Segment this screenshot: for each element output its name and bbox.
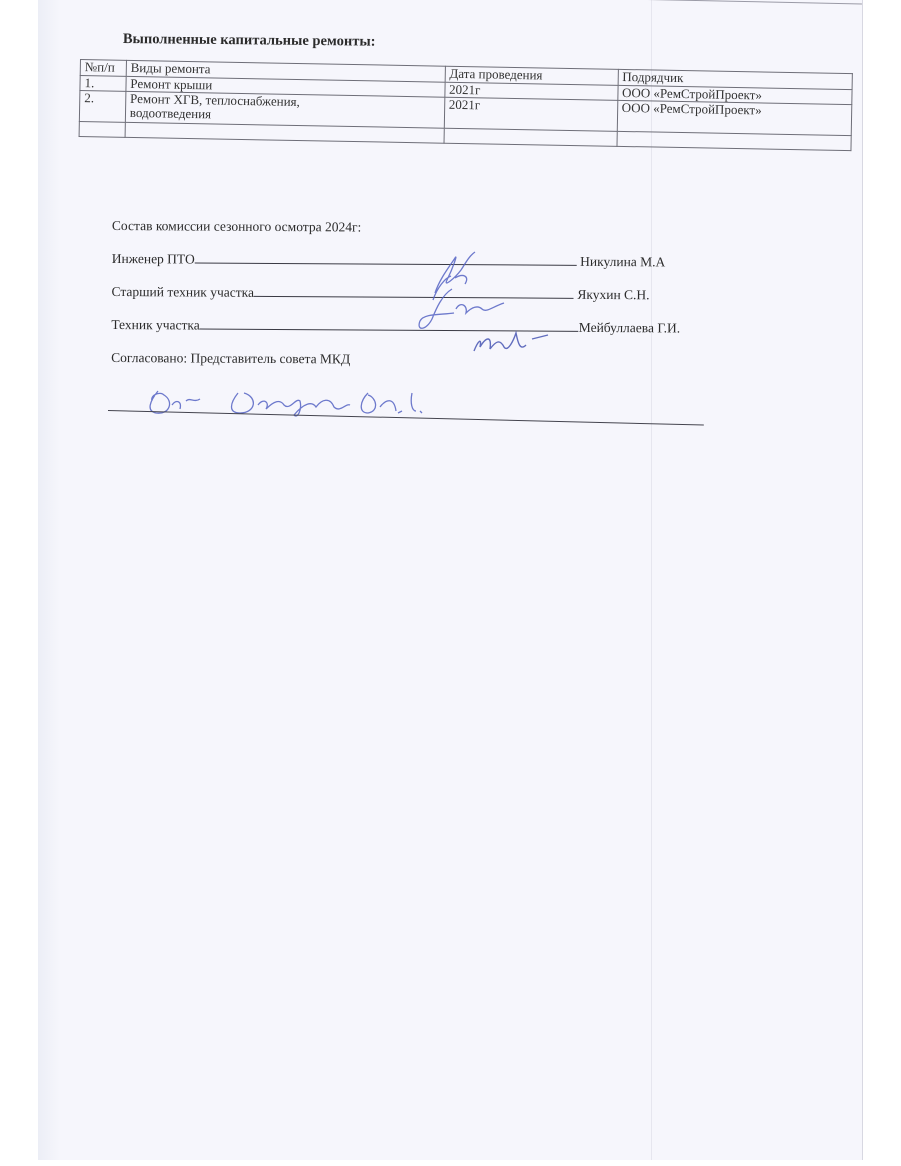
member-role: Инженер ПТО [112, 251, 195, 267]
cell-date [444, 128, 617, 146]
commission-title: Состав комиссии сезонного осмотра 2024г: [112, 218, 361, 236]
member-name: Никулина М.А [580, 254, 665, 270]
member-role: Техник участка [111, 317, 200, 333]
page-fold-line [651, 0, 652, 1160]
member-name: Якухин С.Н. [577, 287, 649, 302]
section-title: Выполненные капитальные ремонты: [123, 31, 376, 51]
cell-number [79, 121, 125, 137]
repairs-table: №п/п Виды ремонта Дата проведения Подряд… [79, 59, 853, 151]
cell-number: 1. [80, 76, 126, 92]
cell-date: 2021г [444, 97, 617, 131]
page-shadow [38, 0, 60, 1160]
repairs-table-container: №п/п Виды ремонта Дата проведения Подряд… [79, 59, 855, 151]
approval-label: Согласовано: Представитель совета МКД [111, 350, 350, 367]
member-role: Старший техник участка [112, 284, 255, 300]
commission-member-row: Старший техник участка Якухин С.Н. [111, 284, 649, 303]
cell-number: 2. [79, 91, 125, 123]
scanned-page [38, 0, 863, 1160]
signature-meibullaeva [470, 327, 560, 357]
commission-member-row: Инженер ПТО Никулина М.А [112, 251, 666, 270]
signature-line [195, 262, 577, 266]
cell-contractor: ООО «РемСтройПроект» [617, 100, 852, 135]
header-number: №п/п [80, 60, 126, 77]
member-name: Мейбуллаева Г.И. [579, 320, 680, 336]
